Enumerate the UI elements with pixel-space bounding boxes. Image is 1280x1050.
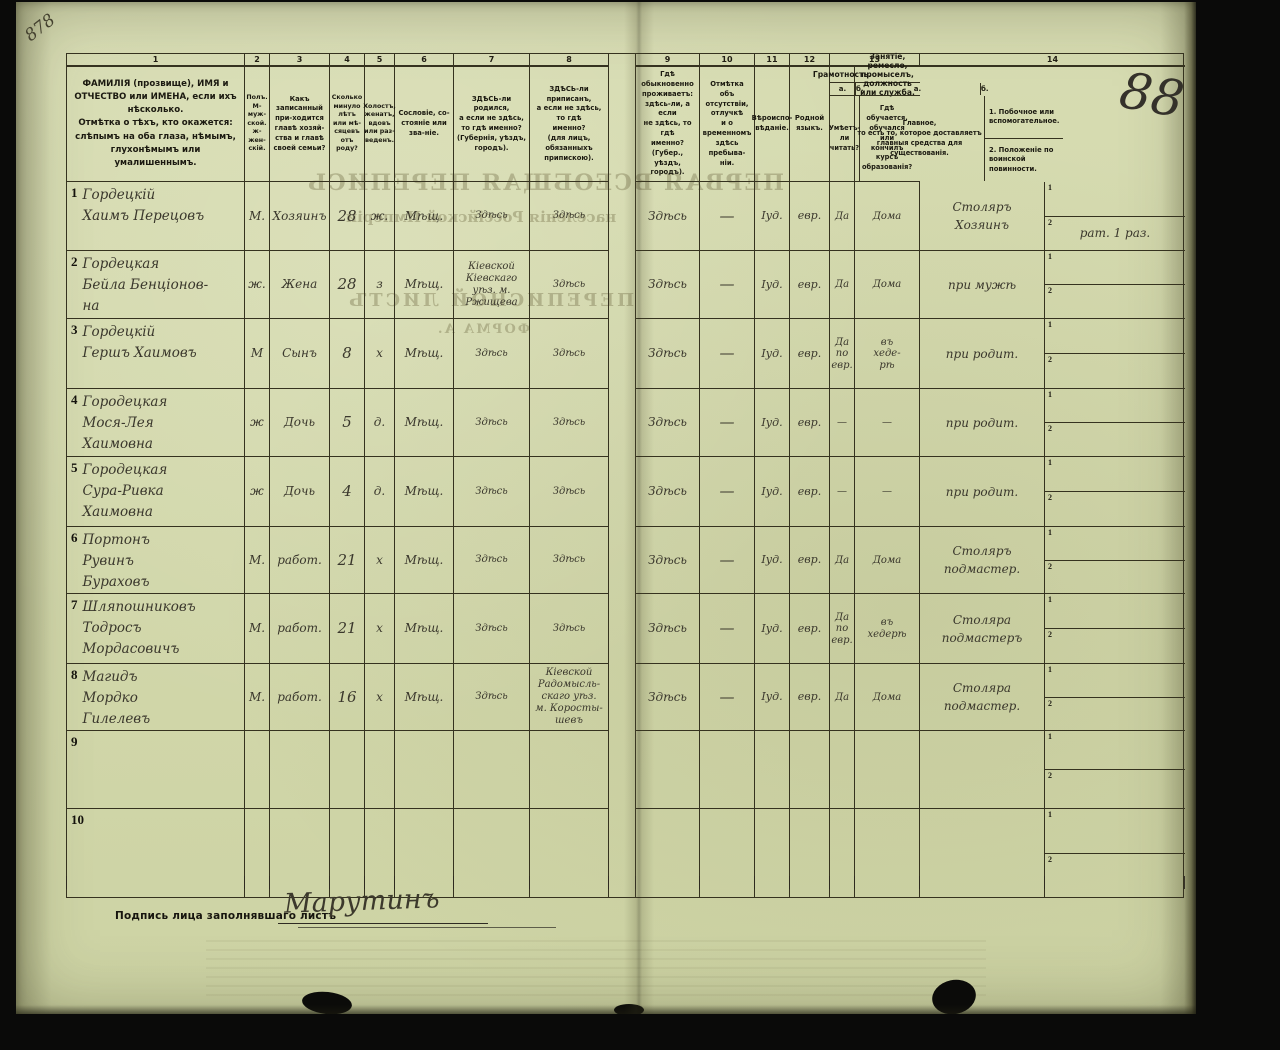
cell-resides: Здѣсь [636,389,700,457]
cell-value: Здѣсь [553,210,585,222]
side-occupation-1: 1 [1045,457,1185,492]
cell-registered: Здѣсь [530,319,609,389]
cell-value: Да [835,555,849,567]
cell-religion: Іуд. [755,182,790,251]
cell-value: Здѣсь [475,623,507,635]
corner-page-number: 878 [21,10,59,46]
person-name: Магидъ Мордко Гилелевъ [83,667,151,730]
header-occupation-side-1: 1. Побочное или вспомогательное. [985,96,1063,139]
cell-value: Дома [873,692,901,704]
cell-value: — [720,413,735,432]
col-number: 10 [700,54,755,67]
row-number: 3 [71,322,78,338]
cell-value: Да [835,279,849,291]
cell-absence: — [700,457,755,527]
cell-value: Мѣщ. [405,553,444,568]
cell-literate: Да по евр. [830,319,855,389]
sub-cell-number: 2 [1048,493,1052,502]
header-registered: ЗДѢСЬ-ли приписанъ, а если не здѣсь, то … [530,67,609,182]
cell-estate: Мѣщ. [395,182,454,251]
person-name: Гордецкая Бейла Бенціонов- на [83,254,209,317]
cell-religion: Іуд. [755,389,790,457]
cell-relation: Хозяинъ [270,182,330,251]
cell-born [454,731,530,809]
cell-religion: Іуд. [755,527,790,594]
side-occupation-2: 2 [1045,561,1185,594]
sub-cell-number: 1 [1048,252,1052,261]
cell-side: 12 [1045,527,1185,594]
cell-estate: Мѣщ. [395,251,454,319]
cell-gap [609,389,636,457]
cell-value: евр. [798,485,821,499]
cell-value: Мѣщ. [405,621,444,636]
header-absence: Отмѣтка объ отсутствіи, отлучкѣ и о врем… [700,67,755,182]
cell-value: 28 [337,207,356,226]
cell-relation: работ. [270,664,330,731]
cell-value: Здѣсь [475,417,507,429]
cell-relation: Жена [270,251,330,319]
cell-absence: — [700,251,755,319]
row-number: 5 [71,460,78,476]
cell-value: Іуд. [761,278,782,292]
table-rows: 1Гордецкій Хаимъ ПерецовъМ.Хозяинъ28ж.Мѣ… [67,182,1183,897]
header-resides: Гдѣ обыкновенно проживаетъ: здѣсь-ли, а … [636,67,700,182]
cell-value: работ. [277,690,322,705]
cell-occupation: Столяра подмастеръ [920,594,1045,664]
col-number: 9 [636,54,700,67]
header-literacy-title: Грамотность. [830,67,854,83]
cell-language: евр. [790,527,830,594]
cell-value: д. [374,415,385,430]
cell-age: 28 [330,182,365,251]
row-number: 10 [71,812,84,828]
sub-cell-number: 1 [1048,665,1052,674]
cell-marital: ж. [365,182,395,251]
header-occupation-title: Занятіе, ремесло, промыселъ, должность и… [855,67,920,83]
sub-cell-number: 2 [1048,286,1052,295]
side-occupation-1: 1 [1045,731,1185,770]
cell-age: 5 [330,389,365,457]
cell-value: Здѣсь [648,415,687,430]
cell-value: Іуд. [761,553,782,567]
header-sub-a: а. [830,83,856,95]
header-occupation-side: 1. Побочное или вспомогательное. 2. Поло… [985,96,1063,181]
cell-literate [830,731,855,809]
cell-value: Да [835,211,849,223]
scanned-census-sheet: ПЕРВАЯ ВСЕОБЩАЯ ПЕРЕПИСЬ населенія Россі… [0,0,1280,1050]
table-row: 8Магидъ Мордко ГилелевъМ.работ.16хМѣщ.Зд… [67,664,1183,731]
cell-name: 2Гордецкая Бейла Бенціонов- на [67,251,245,319]
cell-gap [609,527,636,594]
cell-value: Кіевской Радомысль- скаго уѣз. м. Корост… [535,667,602,727]
col-number: 11 [755,54,790,67]
cell-value: при родит. [946,414,1018,432]
cell-age: 4 [330,457,365,527]
table-row: 7Шляпошниковъ Тодросъ МордасовичъМ.работ… [67,594,1183,664]
cell-value: при мужѣ [948,276,1016,294]
cell-value: Іуд. [761,209,782,223]
cell-value: евр. [798,690,821,704]
cell-value: Мѣщ. [405,277,444,292]
cell-sex: ж. [245,251,270,319]
cell-value: Столяра подмастеръ [942,611,1023,647]
cell-gap [609,251,636,319]
cell-value: Столяръ подмастер. [944,542,1020,578]
side-occupation-2: 2 [1045,423,1185,456]
table-row: 3Гордецкій Гершъ ХаимовъМСынъ8хМѣщ.Здѣсь… [67,319,1183,389]
cell-resides: Здѣсь [636,457,700,527]
cell-value: въ хедерѣ [867,617,906,640]
sub-cell-number: 1 [1048,528,1052,537]
page-edge-right [1184,2,1196,1014]
header-estate: Сословіе, со-стояніе или зва-ніе. [395,67,454,182]
cell-age: 28 [330,251,365,319]
cell-sex: ж [245,389,270,457]
col-number: 5 [365,54,395,67]
person-name: Портонъ Рувинъ Бураховъ [83,530,150,593]
cell-value: 5 [342,413,352,432]
cell-value: — [720,619,735,638]
sub-cell-number: 2 [1048,424,1052,433]
signature-handwritten: Марутинъ [284,883,440,919]
cell-marital [365,731,395,809]
cell-marital: д. [365,457,395,527]
cell-value: М [251,346,263,361]
cell-relation: Дочь [270,389,330,457]
cell-sex: ж [245,457,270,527]
fold-gap [609,67,636,182]
side-occupation-2: 2рат. 1 раз. [1045,217,1185,251]
cell-name: 9 [67,731,245,809]
side-occupation-2: 2 [1045,354,1185,388]
cell-side: 12 [1045,389,1185,457]
cell-absence: — [700,594,755,664]
cell-educated: — [855,457,920,527]
cell-value: д. [374,484,385,499]
sub-cell-number: 1 [1048,732,1052,741]
cell-absence: — [700,389,755,457]
cell-value: Да по евр. [831,612,852,647]
cell-sex: М. [245,594,270,664]
cell-value: 28 [337,275,356,294]
sub-cell-number: 2 [1048,562,1052,571]
row-number: 9 [71,734,78,750]
cell-value: Кіевской Кіевскаго уѣз. м. Ржищева [465,261,517,309]
row-number: 7 [71,597,78,613]
cell-born: Здѣсь [454,664,530,731]
cell-resides: Здѣсь [636,664,700,731]
cell-resides: Здѣсь [636,594,700,664]
cell-value: Здѣсь [648,346,687,361]
table-row: 5Городецкая Сура-Ривка ХаимовнажДочь4д.М… [67,457,1183,527]
cell-estate: Мѣщ. [395,594,454,664]
cell-value: М. [249,553,265,568]
cell-value: Да по евр. [831,337,852,372]
cell-value: Дома [873,279,901,291]
table-header: ФАМИЛІЯ (прозвище), ИМЯ и ОТЧЕСТВО или И… [67,67,1183,182]
header-name: ФАМИЛІЯ (прозвище), ИМЯ и ОТЧЕСТВО или И… [67,67,245,182]
cell-marital: х [365,527,395,594]
cell-occupation [920,731,1045,809]
cell-value: х [376,690,383,705]
header-sex: Полъ. М-муж- ской. ж-жен- скій. [245,67,270,182]
cell-relation: Дочь [270,457,330,527]
cell-age: 8 [330,319,365,389]
cell-born: Здѣсь [454,594,530,664]
header-sub-b: б. [981,83,989,95]
cell-educated: — [855,389,920,457]
cell-relation: работ. [270,527,330,594]
cell-educated: Дома [855,251,920,319]
cell-marital: д. [365,389,395,457]
cell-occupation: при родит. [920,457,1045,527]
cell-value: ж [250,415,264,430]
col-number: 12 [790,54,830,67]
header-marital: Холостъ, женатъ, вдовъ или раз-веденъ. [365,67,395,182]
cell-marital: х [365,319,395,389]
cell-value: при родит. [946,345,1018,363]
header-relation: Какъ записанный при-ходится главѣ хозяй-… [270,67,330,182]
cell-value: Здѣсь [648,621,687,636]
cell-value: Здѣсь [475,348,507,360]
cell-literate: Да по евр. [830,594,855,664]
sub-cell-number: 1 [1048,595,1052,604]
cell-side: 12 [1045,594,1185,664]
side-occupation-2: 2 [1045,770,1185,808]
header-occupation-group: Занятіе, ремесло, промыселъ, должность и… [855,67,920,182]
cell-literate: Да [830,182,855,251]
cell-value: Здѣсь [648,690,687,705]
cell-absence: — [700,664,755,731]
cell-value: 4 [342,482,352,501]
cell-religion: Іуд. [755,319,790,389]
cell-value: ж. [371,209,388,224]
column-tick-marks [66,876,1184,889]
cell-gap [609,664,636,731]
cell-value: Здѣсь [553,486,585,498]
side-occupation-2: 2 [1045,698,1185,731]
cell-estate: Мѣщ. [395,527,454,594]
cell-value: Здѣсь [553,417,585,429]
row-number: 1 [71,185,78,201]
col-number: 2 [245,54,270,67]
col-number: 1 [67,54,245,67]
cell-occupation: при родит. [920,319,1045,389]
cell-born: Здѣсь [454,319,530,389]
cell-value: работ. [277,621,322,636]
header-literacy-group: Грамотность. а. б. Умѣетъ- ли читать? Гд… [830,67,855,182]
cell-gap [609,319,636,389]
cell-literate: — [830,389,855,457]
cell-value: Дома [873,211,901,223]
cell-resides: Здѣсь [636,527,700,594]
cell-value: М. [249,209,265,224]
cell-estate [395,731,454,809]
side-occupation-1: 1 [1045,319,1185,354]
cell-born: Здѣсь [454,389,530,457]
sub-cell-number: 1 [1048,458,1052,467]
header-age: Сколько минуло лѣтъ или мѣ-сяцевъ отъ ро… [330,67,365,182]
cell-religion: Іуд. [755,251,790,319]
cell-educated: Дома [855,527,920,594]
cell-born: Здѣсь [454,527,530,594]
cell-value: евр. [798,209,821,223]
cell-value: рат. 1 раз. [1080,226,1151,241]
cell-value: Хозяинъ [273,209,327,224]
cell-religion: Іуд. [755,594,790,664]
cell-registered: Здѣсь [530,251,609,319]
cell-religion [755,731,790,809]
cell-name: 5Городецкая Сура-Ривка Хаимовна [67,457,245,527]
cell-value: евр. [798,347,821,361]
row-number: 8 [71,667,78,683]
sub-cell-number: 2 [1048,218,1052,227]
cell-value: евр. [798,622,821,636]
cell-value: М. [249,690,265,705]
cell-name: 7Шляпошниковъ Тодросъ Мордасовичъ [67,594,245,664]
cell-value: — [720,344,735,363]
header-born: ЗДѢСЬ-ли родился, а если не здѣсь, то гд… [454,67,530,182]
cell-born: Кіевской Кіевскаго уѣз. м. Ржищева [454,251,530,319]
signature-line [278,923,488,924]
cell-sex: М [245,319,270,389]
sub-cell-number: 1 [1048,320,1052,329]
col-number: 3 [270,54,330,67]
person-name: Шляпошниковъ Тодросъ Мордасовичъ [83,597,196,660]
cell-name: 4Городецкая Мося-Лея Хаимовна [67,389,245,457]
table-row: 6Портонъ Рувинъ БураховъМ.работ.21хМѣщ.З… [67,527,1183,594]
cell-value: — [837,417,847,429]
sub-cell-number: 2 [1048,355,1052,364]
side-occupation-1: 1 [1045,594,1185,629]
cell-language: евр. [790,389,830,457]
table-row: 4Городецкая Мося-Лея ХаимовнажДочь5д.Мѣщ… [67,389,1183,457]
side-occupation-2: 2 [1045,285,1185,318]
cell-age: 21 [330,527,365,594]
cell-side: 12 [1045,664,1185,731]
cell-registered: Здѣсь [530,457,609,527]
cell-literate: — [830,457,855,527]
cell-value: Здѣсь [553,348,585,360]
row-number: 2 [71,254,78,270]
cell-gap [609,594,636,664]
cell-occupation: Столяра подмастер. [920,664,1045,731]
cell-value: евр. [798,553,821,567]
cell-relation: работ. [270,594,330,664]
cell-value: Мѣщ. [405,484,444,499]
cell-side: 12 [1045,731,1185,809]
header-language: Родной языкъ. [790,67,830,182]
cell-value: при родит. [946,483,1018,501]
cell-value: въ хеде- рѣ [873,337,900,372]
sub-cell-number: 2 [1048,855,1052,864]
cell-value: М. [249,621,265,636]
cell-value: х [376,553,383,568]
cell-literate: Да [830,664,855,731]
cell-value: Мѣщ. [405,690,444,705]
cell-gap [609,457,636,527]
cell-value: 16 [337,688,356,707]
cell-value: — [720,688,735,707]
person-name: Городецкая Сура-Ривка Хаимовна [83,460,168,523]
cell-estate: Мѣщ. [395,389,454,457]
cell-value: Жена [282,277,318,292]
cell-relation [270,731,330,809]
cell-marital: з [365,251,395,319]
cell-born: Здѣсь [454,457,530,527]
cell-name: 1Гордецкій Хаимъ Перецовъ [67,182,245,251]
cell-value: Мѣщ. [405,415,444,430]
cell-absence: — [700,182,755,251]
cell-marital: х [365,664,395,731]
header-sub-a: а. [855,83,981,95]
side-occupation-1: 1 [1045,251,1185,285]
column-number-strip: 1 2 3 4 5 6 7 8 9 10 11 12 13 14 [67,54,1183,67]
side-occupation-1: 1 [1045,182,1185,217]
side-occupation-1: 1 [1045,527,1185,561]
cell-religion: Іуд. [755,664,790,731]
cell-value: евр. [798,278,821,292]
cell-educated [855,731,920,809]
cell-resides: Здѣсь [636,251,700,319]
cell-estate: Мѣщ. [395,664,454,731]
cell-occupation: при родит. [920,389,1045,457]
cell-value: Здѣсь [553,623,585,635]
cell-value: Іуд. [761,690,782,704]
side-occupation-1: 1 [1045,809,1185,854]
cell-value: Мѣщ. [405,209,444,224]
fold-gap [609,54,636,67]
cell-value: ж [250,484,264,499]
col-number: 6 [395,54,454,67]
cell-language: евр. [790,594,830,664]
cell-absence: — [700,319,755,389]
cell-registered: Здѣсь [530,389,609,457]
cell-age: 21 [330,594,365,664]
cell-language: евр. [790,319,830,389]
cell-language: евр. [790,182,830,251]
cell-value: Здѣсь [648,209,687,224]
cell-value: Іуд. [761,416,782,430]
cell-occupation: Столяръ подмастер. [920,527,1045,594]
cell-language: евр. [790,457,830,527]
cell-value: Здѣсь [475,210,507,222]
cell-sex: М. [245,527,270,594]
cell-registered: Здѣсь [530,182,609,251]
header-religion: Вѣроиспо- вѣданіе. [755,67,790,182]
cell-sex: М. [245,182,270,251]
cell-relation: Сынъ [270,319,330,389]
bleed-through-texture [206,938,986,996]
cell-value: Дочь [284,484,315,499]
cell-side: 12рат. 1 раз. [1045,182,1185,251]
cell-value: Здѣсь [648,553,687,568]
cell-value: Сынъ [282,346,317,361]
cell-estate: Мѣщ. [395,319,454,389]
cell-registered: Кіевской Радомысль- скаго уѣз. м. Корост… [530,664,609,731]
cell-side: 12 [1045,319,1185,389]
cell-value: Іуд. [761,485,782,499]
cell-value: Дома [873,555,901,567]
cell-sex [245,731,270,809]
cell-value: Столяра подмастер. [944,679,1020,715]
cell-value: — [882,417,892,429]
header-occupation-main: Главное, то есть то, которое доставляетъ… [855,96,985,181]
cell-occupation: Столяръ Хозяинъ [920,182,1045,251]
cell-educated: Дома [855,664,920,731]
cell-gap [609,182,636,251]
row-number: 6 [71,530,78,546]
